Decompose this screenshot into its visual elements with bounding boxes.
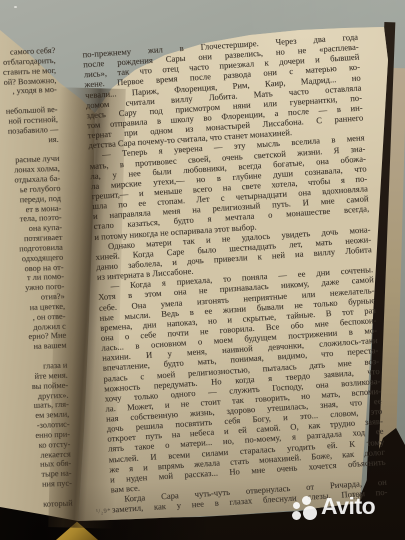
text-line: который [0,498,73,513]
avito-watermark: Avito [291,493,405,531]
logo-dot [292,511,301,520]
dust-speck [14,6,17,8]
logo-dot [302,496,311,505]
logo-dot [293,502,300,509]
avito-logo-dots-icon [291,495,319,523]
logo-dot [303,506,317,520]
right-page-text: по-прежнему жил в Глочестершире. Через д… [82,32,388,517]
printer-signature-mark: ¹/₂9* [96,508,111,516]
book-photo: самого себя?отблагодарить,ставить не мог… [0,0,405,540]
avito-watermark-label: Avito [321,493,375,520]
